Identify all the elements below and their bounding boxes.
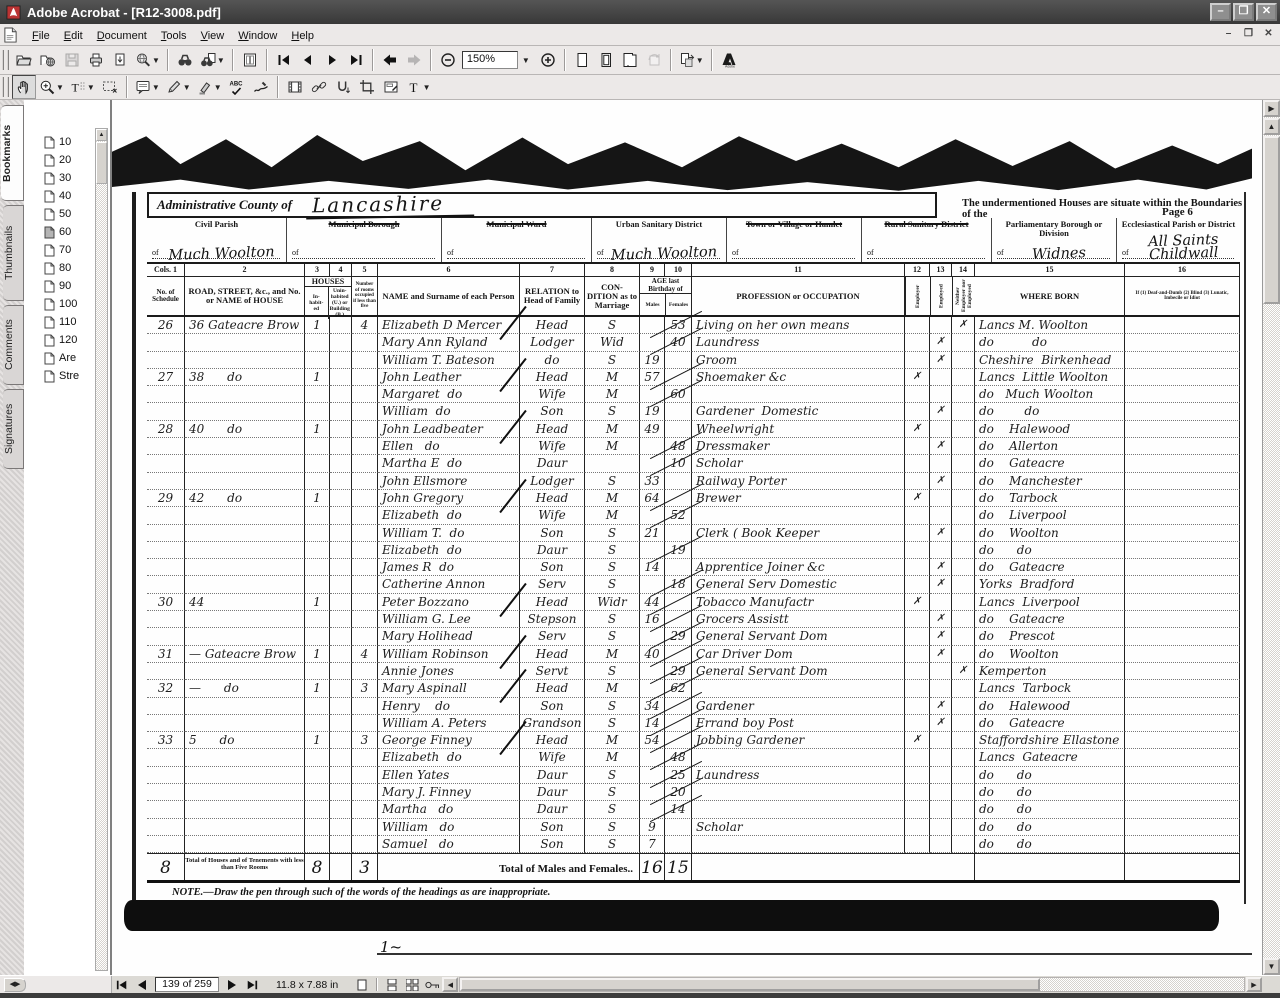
- cell-neither: [952, 680, 975, 697]
- cell-uninhabited: [330, 525, 352, 542]
- cell-where-born: do do: [975, 836, 1125, 853]
- cell-schedule: [147, 819, 185, 836]
- close-button[interactable]: ✕: [1256, 3, 1277, 21]
- next-page-button[interactable]: [223, 977, 241, 992]
- crop-tool-button[interactable]: [355, 75, 379, 99]
- cell-profession: Tobacco Manufactr: [692, 594, 905, 611]
- cell-employed: [930, 836, 952, 853]
- cell-address: [185, 749, 305, 766]
- cell-employer: [905, 317, 930, 334]
- cell-infirmities: [1125, 369, 1240, 386]
- zoom-dropdown-icon[interactable]: ▼: [522, 56, 530, 65]
- cell-condition: M: [585, 646, 640, 663]
- bookmark-page-icon: [44, 262, 59, 275]
- cell-employed: ✗: [930, 525, 952, 542]
- cell-schedule: 29: [147, 490, 185, 507]
- extract-pages-button[interactable]: ▼: [676, 48, 707, 72]
- bookmark-label: 50: [59, 208, 71, 220]
- cell-employed: [930, 784, 952, 801]
- cell-employer: [905, 715, 930, 732]
- extract-pages-dropdown-icon[interactable]: ▼: [696, 56, 704, 65]
- scroll-up-icon[interactable]: ▲: [1263, 118, 1280, 135]
- cell-inhabited: 1: [305, 490, 330, 507]
- cell-schedule: [147, 611, 185, 628]
- cell-employer: [905, 646, 930, 663]
- cell-address: [185, 663, 305, 680]
- pencil-tool-button[interactable]: ▼: [163, 75, 194, 99]
- cell-profession: General Serv Domestic: [692, 576, 905, 593]
- column-number: 12: [905, 264, 930, 276]
- single-page-layout-button[interactable]: [570, 48, 594, 72]
- svg-text:ABC: ABC: [229, 82, 243, 88]
- cell-uninhabited: [330, 421, 352, 438]
- cell-employed: ✗: [930, 473, 952, 490]
- cell-profession: Dressmaker: [692, 438, 905, 455]
- go-back-button[interactable]: [378, 48, 402, 72]
- cell-rooms: [352, 628, 378, 645]
- administrative-county-value: Lancashire: [306, 191, 475, 220]
- total-females: 15: [665, 854, 692, 880]
- cell-rooms: [352, 525, 378, 542]
- link-tool-button[interactable]: [307, 75, 331, 99]
- article-view-button[interactable]: [238, 48, 262, 72]
- cell-infirmities: [1125, 352, 1240, 369]
- cell-where-born: do Gateacre: [975, 559, 1125, 576]
- search-web-button[interactable]: ▼: [132, 48, 163, 72]
- graphics-select-tool-button[interactable]: [98, 75, 122, 99]
- cell-condition: M: [585, 680, 640, 697]
- zoom-out-button[interactable]: [436, 48, 460, 72]
- panel-splitter-button[interactable]: ◀▶: [4, 978, 26, 992]
- cell-infirmities: [1125, 438, 1240, 455]
- cell-uninhabited: [330, 455, 352, 472]
- save-icon: [64, 52, 80, 68]
- district-value: Much Woolton: [602, 246, 726, 263]
- cell-rooms: [352, 473, 378, 490]
- spell-check-button[interactable]: ABC: [225, 75, 249, 99]
- cell-schedule: [147, 698, 185, 715]
- hide-panel-arrow-icon[interactable]: ▶: [1263, 100, 1280, 117]
- cell-where-born: do Woolton: [975, 525, 1125, 542]
- adobe-online-button[interactable]: Adobe: [717, 48, 741, 72]
- district-label: Civil Parish: [147, 220, 286, 229]
- cell-neither: [952, 611, 975, 628]
- cell-employed: [930, 663, 952, 680]
- sidebar-tab-bookmarks[interactable]: Bookmarks: [1, 105, 24, 201]
- cell-condition: S: [585, 576, 640, 593]
- menu-window[interactable]: Window: [231, 28, 284, 44]
- cell-neither: [952, 594, 975, 611]
- cell-condition: M: [585, 507, 640, 524]
- first-page-icon: [276, 52, 292, 68]
- hscroll-right-icon[interactable]: ▶: [1246, 977, 1262, 992]
- toolbar-grip[interactable]: [2, 77, 9, 97]
- cell-relation: Head: [520, 369, 585, 386]
- cell-where-born: Yorks Bradford: [975, 576, 1125, 593]
- document-close-button[interactable]: ✕: [1260, 27, 1277, 42]
- cell-schedule: 30: [147, 594, 185, 611]
- cell-rooms: [352, 352, 378, 369]
- cell-neither: [952, 369, 975, 386]
- article-tool-icon: [335, 79, 351, 95]
- minimize-button[interactable]: –: [1210, 3, 1231, 21]
- cell-rooms: [352, 386, 378, 403]
- first-page-button[interactable]: [272, 48, 296, 72]
- status-continuous-facing-icon[interactable]: [403, 977, 421, 992]
- zoom-level-input[interactable]: 150%: [462, 51, 518, 69]
- cell-where-born: do Tarbock: [975, 490, 1125, 507]
- cell-profession: [692, 749, 905, 766]
- cell-uninhabited: [330, 801, 352, 818]
- cell-age-female: [665, 421, 692, 438]
- find-binoculars-button[interactable]: [173, 48, 197, 72]
- cell-neither: [952, 421, 975, 438]
- cell-age-female: 29: [665, 663, 692, 680]
- cell-neither: [952, 352, 975, 369]
- previous-page-button[interactable]: [133, 977, 151, 992]
- bookmarks-scrollbar[interactable]: ▲: [95, 128, 108, 971]
- cell-profession: [692, 507, 905, 524]
- menu-bar: FileEditDocumentToolsViewWindowHelp – ❐ …: [0, 24, 1280, 46]
- menu-file[interactable]: File: [25, 28, 57, 44]
- cell-condition: S: [585, 801, 640, 818]
- cell-condition: M: [585, 421, 640, 438]
- menu-tools[interactable]: Tools: [154, 28, 194, 44]
- cell-rooms: [352, 594, 378, 611]
- cell-profession: [692, 542, 905, 559]
- district-box: Town or Village or Hamletof: [727, 218, 862, 262]
- cell-infirmities: [1125, 507, 1240, 524]
- cell-condition: S: [585, 663, 640, 680]
- administrative-county-label: Administrative County of: [157, 197, 292, 213]
- touchup-text-tool-button[interactable]: T▼: [403, 75, 434, 99]
- note-tool-dropdown-icon[interactable]: ▼: [152, 83, 160, 92]
- cell-schedule: [147, 628, 185, 645]
- highlight-tool-dropdown-icon[interactable]: ▼: [214, 83, 222, 92]
- document-restore-button[interactable]: ❐: [1240, 27, 1257, 42]
- cell-name: Peter Bozzano: [378, 594, 520, 611]
- header-neither: Neither Employer nor Employed: [952, 277, 975, 315]
- document-minimize-button[interactable]: –: [1220, 27, 1237, 42]
- cell-age-male: 7: [640, 836, 665, 853]
- previous-page-button[interactable]: [296, 48, 320, 72]
- digital-signature-button[interactable]: [249, 75, 273, 99]
- cell-condition: S: [585, 698, 640, 715]
- import-document-icon: [112, 52, 128, 68]
- horizontal-scroll-thumb[interactable]: [460, 978, 1040, 991]
- cell-name: Mary J. Finney: [378, 784, 520, 801]
- cell-name: Margaret do: [378, 386, 520, 403]
- cell-where-born: do do: [975, 767, 1125, 784]
- cell-neither: [952, 836, 975, 853]
- note-tool-button[interactable]: ▼: [132, 75, 163, 99]
- cell-employer: [905, 576, 930, 593]
- cell-address: — do: [185, 680, 305, 697]
- adobe-online-icon: Adobe: [721, 52, 737, 68]
- cell-age-female: 40: [665, 334, 692, 351]
- cell-profession: Brewer: [692, 490, 905, 507]
- cell-inhabited: [305, 767, 330, 784]
- cell-inhabited: [305, 611, 330, 628]
- cell-infirmities: [1125, 525, 1240, 542]
- cell-schedule: [147, 352, 185, 369]
- cell-infirmities: [1125, 663, 1240, 680]
- cell-employed: [930, 386, 952, 403]
- page-indicator[interactable]: 139 of 259: [155, 977, 219, 992]
- cell-inhabited: [305, 698, 330, 715]
- cell-name: Martha do: [378, 801, 520, 818]
- cell-profession: Laundress: [692, 334, 905, 351]
- cell-employed: ✗: [930, 576, 952, 593]
- cell-where-born: do Prescot: [975, 628, 1125, 645]
- hscroll-left-icon[interactable]: ◀: [442, 977, 458, 992]
- cell-relation: Head: [520, 680, 585, 697]
- cell-schedule: [147, 663, 185, 680]
- last-page-button[interactable]: [344, 48, 368, 72]
- bookmarks-scroll-up-icon[interactable]: ▲: [96, 129, 107, 141]
- cell-inhabited: 1: [305, 594, 330, 611]
- cell-age-female: [665, 559, 692, 576]
- cell-inhabited: [305, 559, 330, 576]
- cell-employed: [930, 369, 952, 386]
- search-document-dropdown-icon[interactable]: ▼: [217, 56, 225, 65]
- document-pane[interactable]: Administrative County of Lancashire The …: [112, 100, 1262, 975]
- last-page-button[interactable]: [243, 977, 261, 992]
- status-single-page-icon[interactable]: [353, 977, 371, 992]
- open-web-button[interactable]: [36, 48, 60, 72]
- window-title: Adobe Acrobat - [R12-3008.pdf]: [27, 5, 1208, 20]
- cell-name: William T. Bateson: [378, 352, 520, 369]
- cell-where-born: Lancs M. Woolton: [975, 317, 1125, 334]
- total-empty: [330, 854, 352, 880]
- status-continuous-icon[interactable]: [383, 977, 401, 992]
- cell-where-born: do do: [975, 784, 1125, 801]
- cell-condition: S: [585, 473, 640, 490]
- cell-profession: [692, 836, 905, 853]
- cell-address: [185, 334, 305, 351]
- search-web-dropdown-icon[interactable]: ▼: [152, 56, 160, 65]
- highlight-tool-button[interactable]: ▼: [194, 75, 225, 99]
- cell-where-born: do do: [975, 542, 1125, 559]
- cell-employer: [905, 438, 930, 455]
- cell-uninhabited: [330, 628, 352, 645]
- cell-inhabited: [305, 749, 330, 766]
- zoom-tool-dropdown-icon[interactable]: ▼: [56, 83, 64, 92]
- cell-employer: [905, 663, 930, 680]
- open-file-button[interactable]: [12, 48, 36, 72]
- cell-infirmities: [1125, 819, 1240, 836]
- cell-where-born: do do: [975, 403, 1125, 420]
- total-rooms: 3: [352, 854, 378, 880]
- restore-button[interactable]: ❐: [1233, 3, 1254, 21]
- column-number: 9: [640, 264, 665, 276]
- cell-infirmities: [1125, 421, 1240, 438]
- pencil-tool-dropdown-icon[interactable]: ▼: [183, 83, 191, 92]
- window-bottom-edge: [0, 993, 1280, 998]
- cell-uninhabited: [330, 732, 352, 749]
- cell-profession: Car Driver Dom: [692, 646, 905, 663]
- import-document-button[interactable]: [108, 48, 132, 72]
- hand-tool-button[interactable]: [12, 75, 36, 99]
- cell-uninhabited: [330, 473, 352, 490]
- administrative-county-box: Administrative County of Lancashire: [147, 192, 937, 218]
- cell-condition: S: [585, 715, 640, 732]
- continuous-layout-button[interactable]: [594, 48, 618, 72]
- form-tool-button[interactable]: [379, 75, 403, 99]
- column-number: 5: [352, 264, 378, 276]
- column-number: 15: [975, 264, 1125, 276]
- cell-employed: [930, 680, 952, 697]
- district-label: Parliamentary Borough or Division: [992, 220, 1116, 238]
- cell-infirmities: [1125, 317, 1240, 334]
- cell-where-born: do Much Woolton: [975, 386, 1125, 403]
- svg-text:T: T: [409, 80, 417, 95]
- header-rooms: Number of rooms occupied if less than fi…: [352, 277, 378, 315]
- cell-employed: [930, 594, 952, 611]
- cell-name: Martha E do: [378, 455, 520, 472]
- cell-relation: Serv: [520, 628, 585, 645]
- cell-profession: Errand boy Post: [692, 715, 905, 732]
- sidebar-tab-signatures[interactable]: Signatures: [3, 389, 24, 469]
- cell-employer: [905, 698, 930, 715]
- scroll-down-icon[interactable]: ▼: [1263, 958, 1280, 975]
- rotate-view-button: [642, 48, 666, 72]
- cell-address: [185, 784, 305, 801]
- cell-employed: [930, 490, 952, 507]
- cell-schedule: [147, 576, 185, 593]
- cell-relation: Head: [520, 490, 585, 507]
- bookmark-label: 10: [59, 136, 71, 148]
- cell-relation: Grandson: [520, 715, 585, 732]
- first-page-button[interactable]: [113, 977, 131, 992]
- cell-rooms: [352, 836, 378, 853]
- scan-bottom-line: [377, 953, 1252, 955]
- title-bar: Adobe Acrobat - [R12-3008.pdf] – ❐ ✕: [0, 0, 1280, 24]
- cell-name: Mary Aspinall: [378, 680, 520, 697]
- touchup-text-tool-dropdown-icon[interactable]: ▼: [423, 83, 431, 92]
- cell-schedule: [147, 801, 185, 818]
- cell-address: [185, 801, 305, 818]
- cell-infirmities: [1125, 334, 1240, 351]
- zoom-tool-button[interactable]: ▼: [36, 75, 67, 99]
- next-page-button[interactable]: [320, 48, 344, 72]
- horizontal-scrollbar[interactable]: [459, 977, 1245, 992]
- cell-neither: [952, 438, 975, 455]
- cell-uninhabited: [330, 317, 352, 334]
- cell-condition: S: [585, 836, 640, 853]
- bookmarks-scroll-thumb[interactable]: [96, 142, 107, 184]
- article-tool-button[interactable]: [331, 75, 355, 99]
- bookmark-page-icon: [44, 244, 59, 257]
- district-of-line: of: [292, 248, 435, 259]
- cell-inhabited: [305, 507, 330, 524]
- text-select-tool-dropdown-icon[interactable]: ▼: [87, 83, 95, 92]
- cell-infirmities: [1125, 784, 1240, 801]
- text-select-tool-button[interactable]: T▼: [67, 75, 98, 99]
- pdf-document-icon[interactable]: [3, 27, 21, 43]
- cell-employed: [930, 767, 952, 784]
- cell-employer: [905, 819, 930, 836]
- cell-condition: S: [585, 525, 640, 542]
- cell-neither: [952, 784, 975, 801]
- cell-age-female: [665, 369, 692, 386]
- cell-where-born: Lancs Little Woolton: [975, 369, 1125, 386]
- cell-uninhabited: [330, 836, 352, 853]
- cell-schedule: 28: [147, 421, 185, 438]
- census-row: Elizabeth doDaurS19do do: [147, 542, 1240, 559]
- cell-name: Samuel do: [378, 836, 520, 853]
- cell-address: [185, 403, 305, 420]
- cell-employed: ✗: [930, 403, 952, 420]
- cell-condition: Widr: [585, 594, 640, 611]
- cell-age-female: [665, 490, 692, 507]
- menu-help[interactable]: Help: [284, 28, 321, 44]
- movie-tool-button[interactable]: [283, 75, 307, 99]
- continuous-facing-layout-button[interactable]: [618, 48, 642, 72]
- sidebar-tab-thumbnails[interactable]: Thumbnails: [3, 205, 24, 301]
- district-box: Municipal Boroughof: [287, 218, 442, 262]
- cell-profession: Jobbing Gardener: [692, 732, 905, 749]
- form-note: NOTE.—Draw the pen through such of the w…: [172, 887, 1240, 898]
- cell-name: William G. Lee: [378, 611, 520, 628]
- cell-rooms: [352, 576, 378, 593]
- svg-text:Adobe: Adobe: [725, 65, 735, 69]
- extract-pages-icon: [679, 52, 695, 68]
- cell-employed: ✗: [930, 628, 952, 645]
- cell-address: [185, 715, 305, 732]
- sidebar-tab-comments[interactable]: Comments: [3, 305, 24, 385]
- total-schedule: 8: [147, 854, 185, 880]
- zoom-in-button[interactable]: [536, 48, 560, 72]
- print-button[interactable]: [84, 48, 108, 72]
- total-empty-mid: [692, 854, 975, 880]
- cell-schedule: [147, 473, 185, 490]
- vertical-scrollbar[interactable]: ▶ ▲ ▼: [1262, 100, 1280, 975]
- toolbar-grip[interactable]: [2, 50, 9, 70]
- cell-address: [185, 628, 305, 645]
- toolbar-separator: [126, 76, 128, 98]
- cell-condition: M: [585, 749, 640, 766]
- cell-employed: [930, 749, 952, 766]
- cell-condition: M: [585, 732, 640, 749]
- link-tool-icon: [311, 79, 327, 95]
- menu-edit[interactable]: Edit: [57, 28, 90, 44]
- cell-address: [185, 473, 305, 490]
- vertical-scroll-thumb[interactable]: [1263, 136, 1280, 304]
- bookmark-page-icon: [44, 298, 59, 311]
- cell-schedule: [147, 784, 185, 801]
- menu-view[interactable]: View: [194, 28, 232, 44]
- cell-rooms: [352, 542, 378, 559]
- cell-relation: Daur: [520, 767, 585, 784]
- column-number: 14: [952, 264, 975, 276]
- cell-neither: [952, 559, 975, 576]
- search-document-button[interactable]: ▼: [197, 48, 228, 72]
- cell-where-born: do Gateacre: [975, 455, 1125, 472]
- menu-document[interactable]: Document: [90, 28, 154, 44]
- cell-relation: do: [520, 352, 585, 369]
- page-corner-mark: 1~: [380, 938, 402, 956]
- census-row: Margaret doWifeM60do Much Woolton: [147, 386, 1240, 403]
- cell-address: [185, 386, 305, 403]
- cell-infirmities: [1125, 386, 1240, 403]
- header-age: AGE last Birthday ofMalesFemales: [640, 277, 692, 315]
- cell-profession: [692, 680, 905, 697]
- cell-profession: [692, 784, 905, 801]
- cell-rooms: [352, 438, 378, 455]
- cell-employer: [905, 749, 930, 766]
- cell-condition: S: [585, 403, 640, 420]
